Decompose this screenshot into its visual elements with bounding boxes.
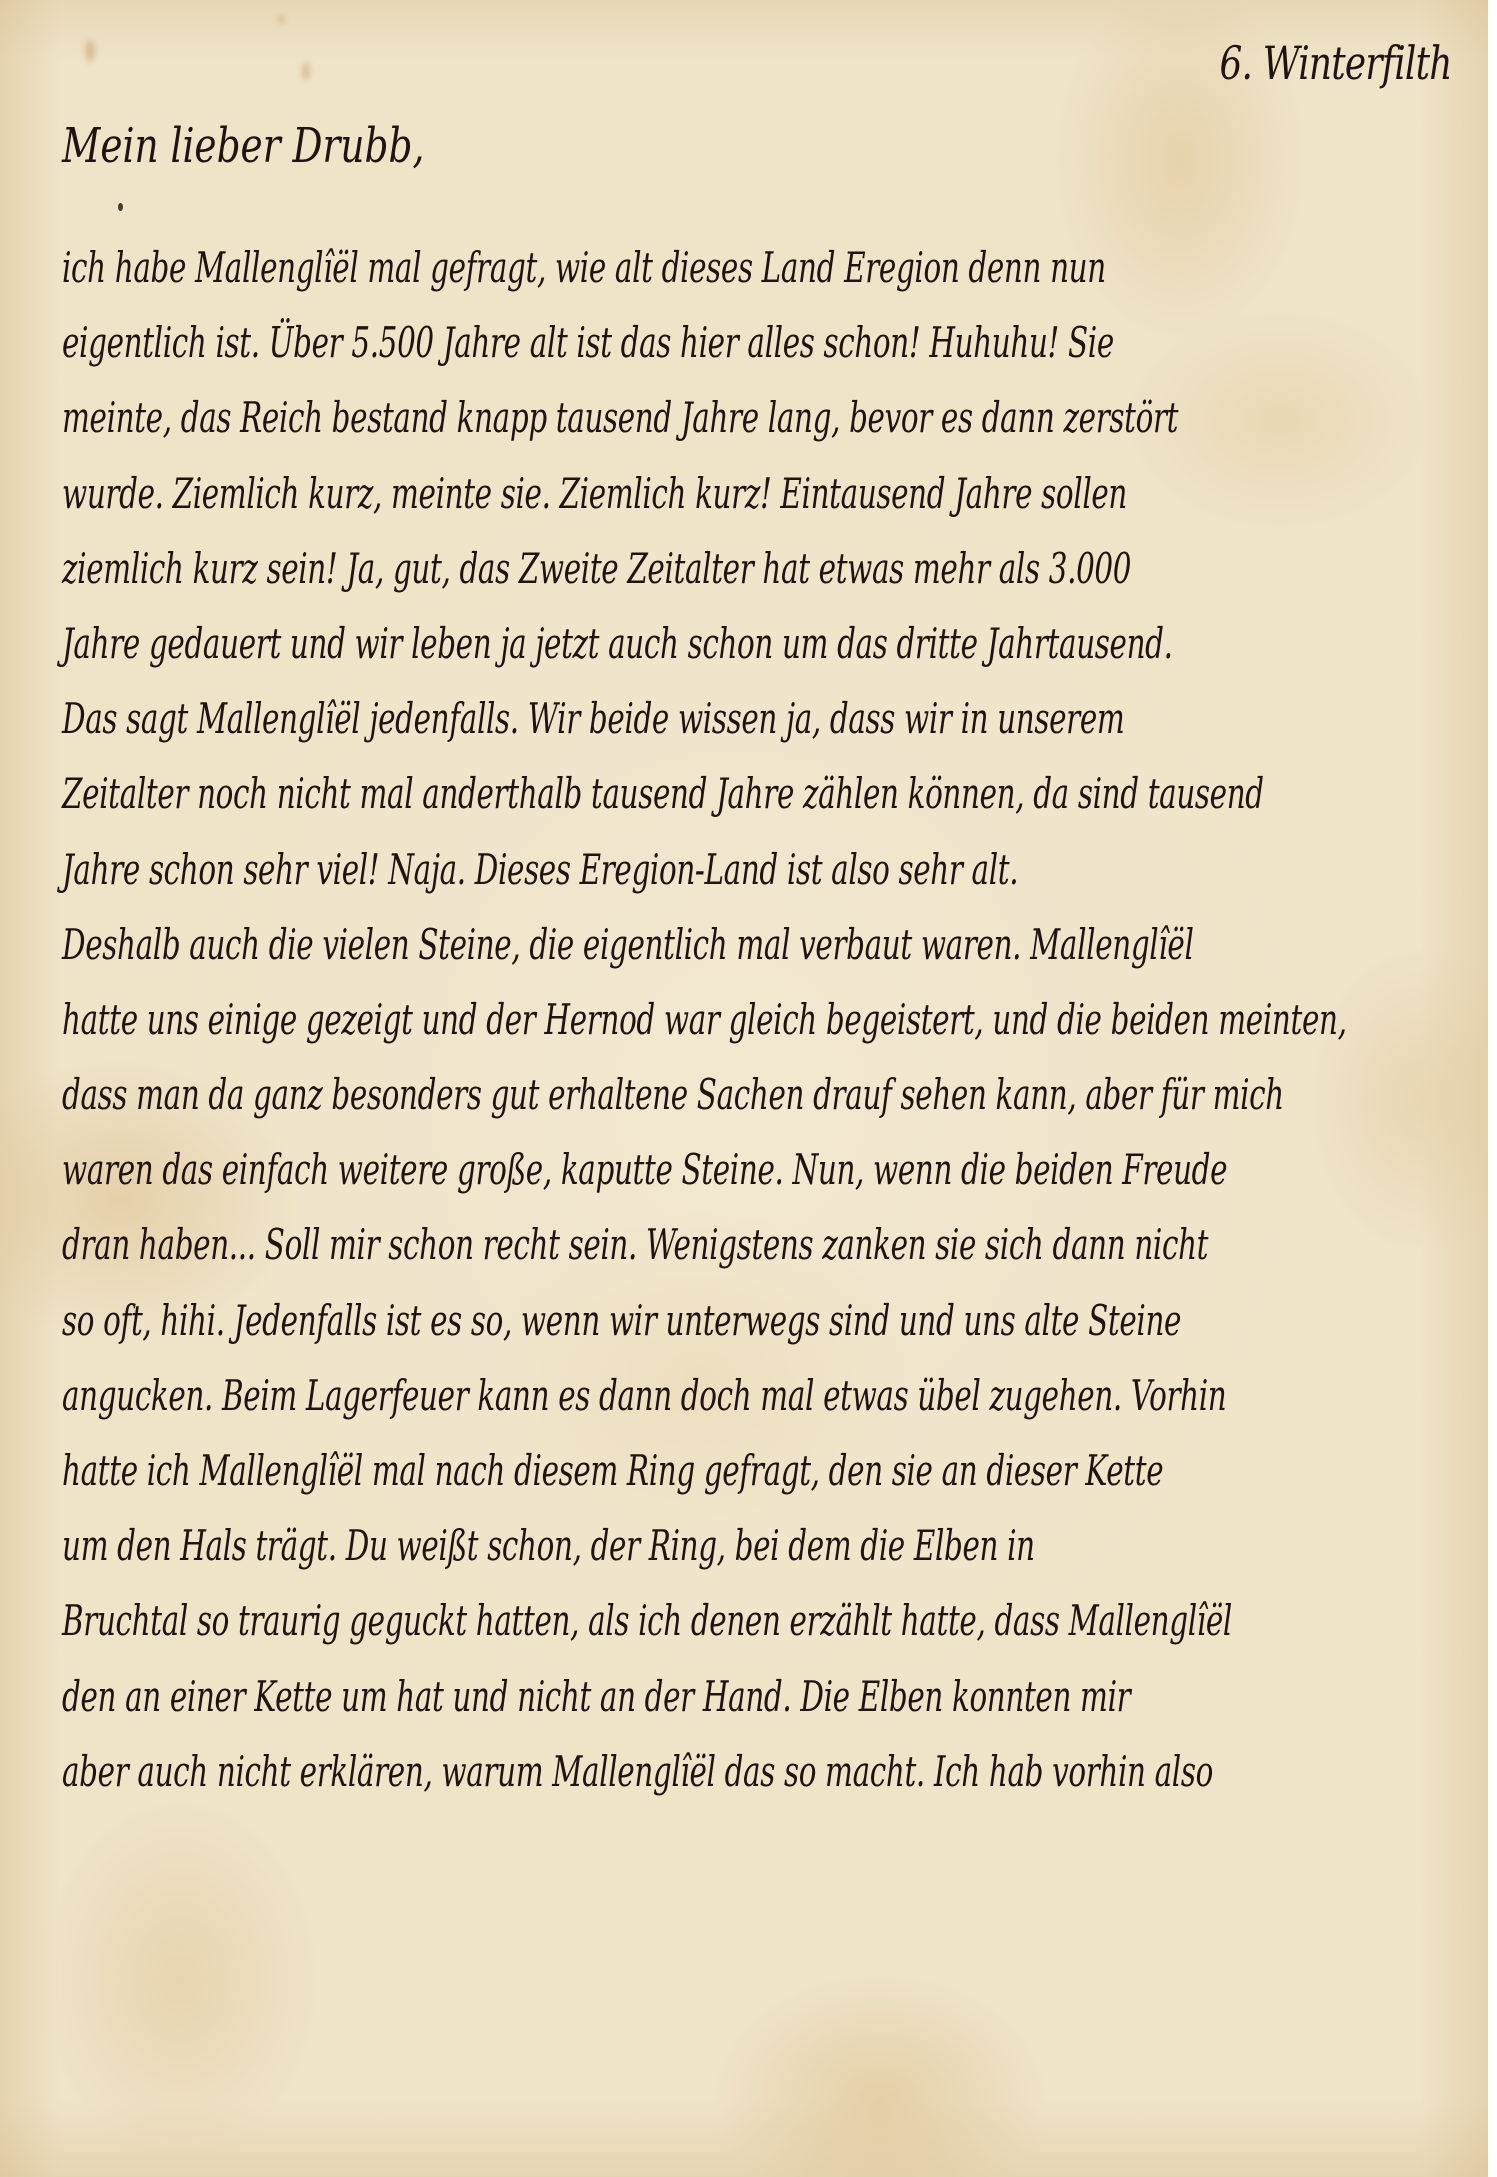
letter-line: dran haben... Soll mir schon recht sein.… [62, 1207, 1056, 1282]
letter-body: ich habe Mallenglîël mal gefragt, wie al… [62, 230, 1482, 1809]
letter: 6. Winterfilth Mein lieber Drubb, ich ha… [0, 0, 1488, 2177]
letter-line: ich habe Mallenglîël mal gefragt, wie al… [62, 230, 1056, 305]
letter-line: angucken. Beim Lagerfeuer kann es dann d… [62, 1358, 1056, 1433]
letter-line: Bruchtal so traurig geguckt hatten, als … [62, 1583, 1056, 1658]
letter-line: um den Hals trägt. Du weißt schon, der R… [62, 1508, 1056, 1583]
letter-date: 6. Winterfilth [1220, 36, 1452, 90]
letter-line: so oft, hihi. Jedenfalls ist es so, wenn… [62, 1283, 1056, 1358]
letter-line: wurde. Ziemlich kurz, meinte sie. Ziemli… [62, 456, 1056, 531]
letter-line: Das sagt Mallenglîël jedenfalls. Wir bei… [62, 681, 1056, 756]
letter-line: eigentlich ist. Über 5.500 Jahre alt ist… [62, 305, 1056, 380]
letter-line: ziemlich kurz sein! Ja, gut, das Zweite … [62, 531, 1056, 606]
letter-line: Zeitalter noch nicht mal anderthalb taus… [62, 756, 1056, 831]
letter-line: den an einer Kette um hat und nicht an d… [62, 1659, 1056, 1734]
letter-line: meinte, das Reich bestand knapp tausend … [62, 380, 1056, 455]
letter-line: Jahre gedauert und wir leben ja jetzt au… [62, 606, 1056, 681]
letter-salutation: Mein lieber Drubb, [62, 118, 424, 174]
letter-line: Deshalb auch die vielen Steine, die eige… [62, 907, 1056, 982]
letter-line: hatte uns einige gezeigt und der Hernod … [62, 982, 1056, 1057]
letter-line: aber auch nicht erklären, warum Mallengl… [62, 1734, 1056, 1809]
letter-line: dass man da ganz besonders gut erhaltene… [62, 1057, 1056, 1132]
letter-line: hatte ich Mallenglîël mal nach diesem Ri… [62, 1433, 1056, 1508]
letter-line: Jahre schon sehr viel! Naja. Dieses Ereg… [62, 832, 1056, 907]
letter-line: waren das einfach weitere große, kaputte… [62, 1132, 1056, 1207]
